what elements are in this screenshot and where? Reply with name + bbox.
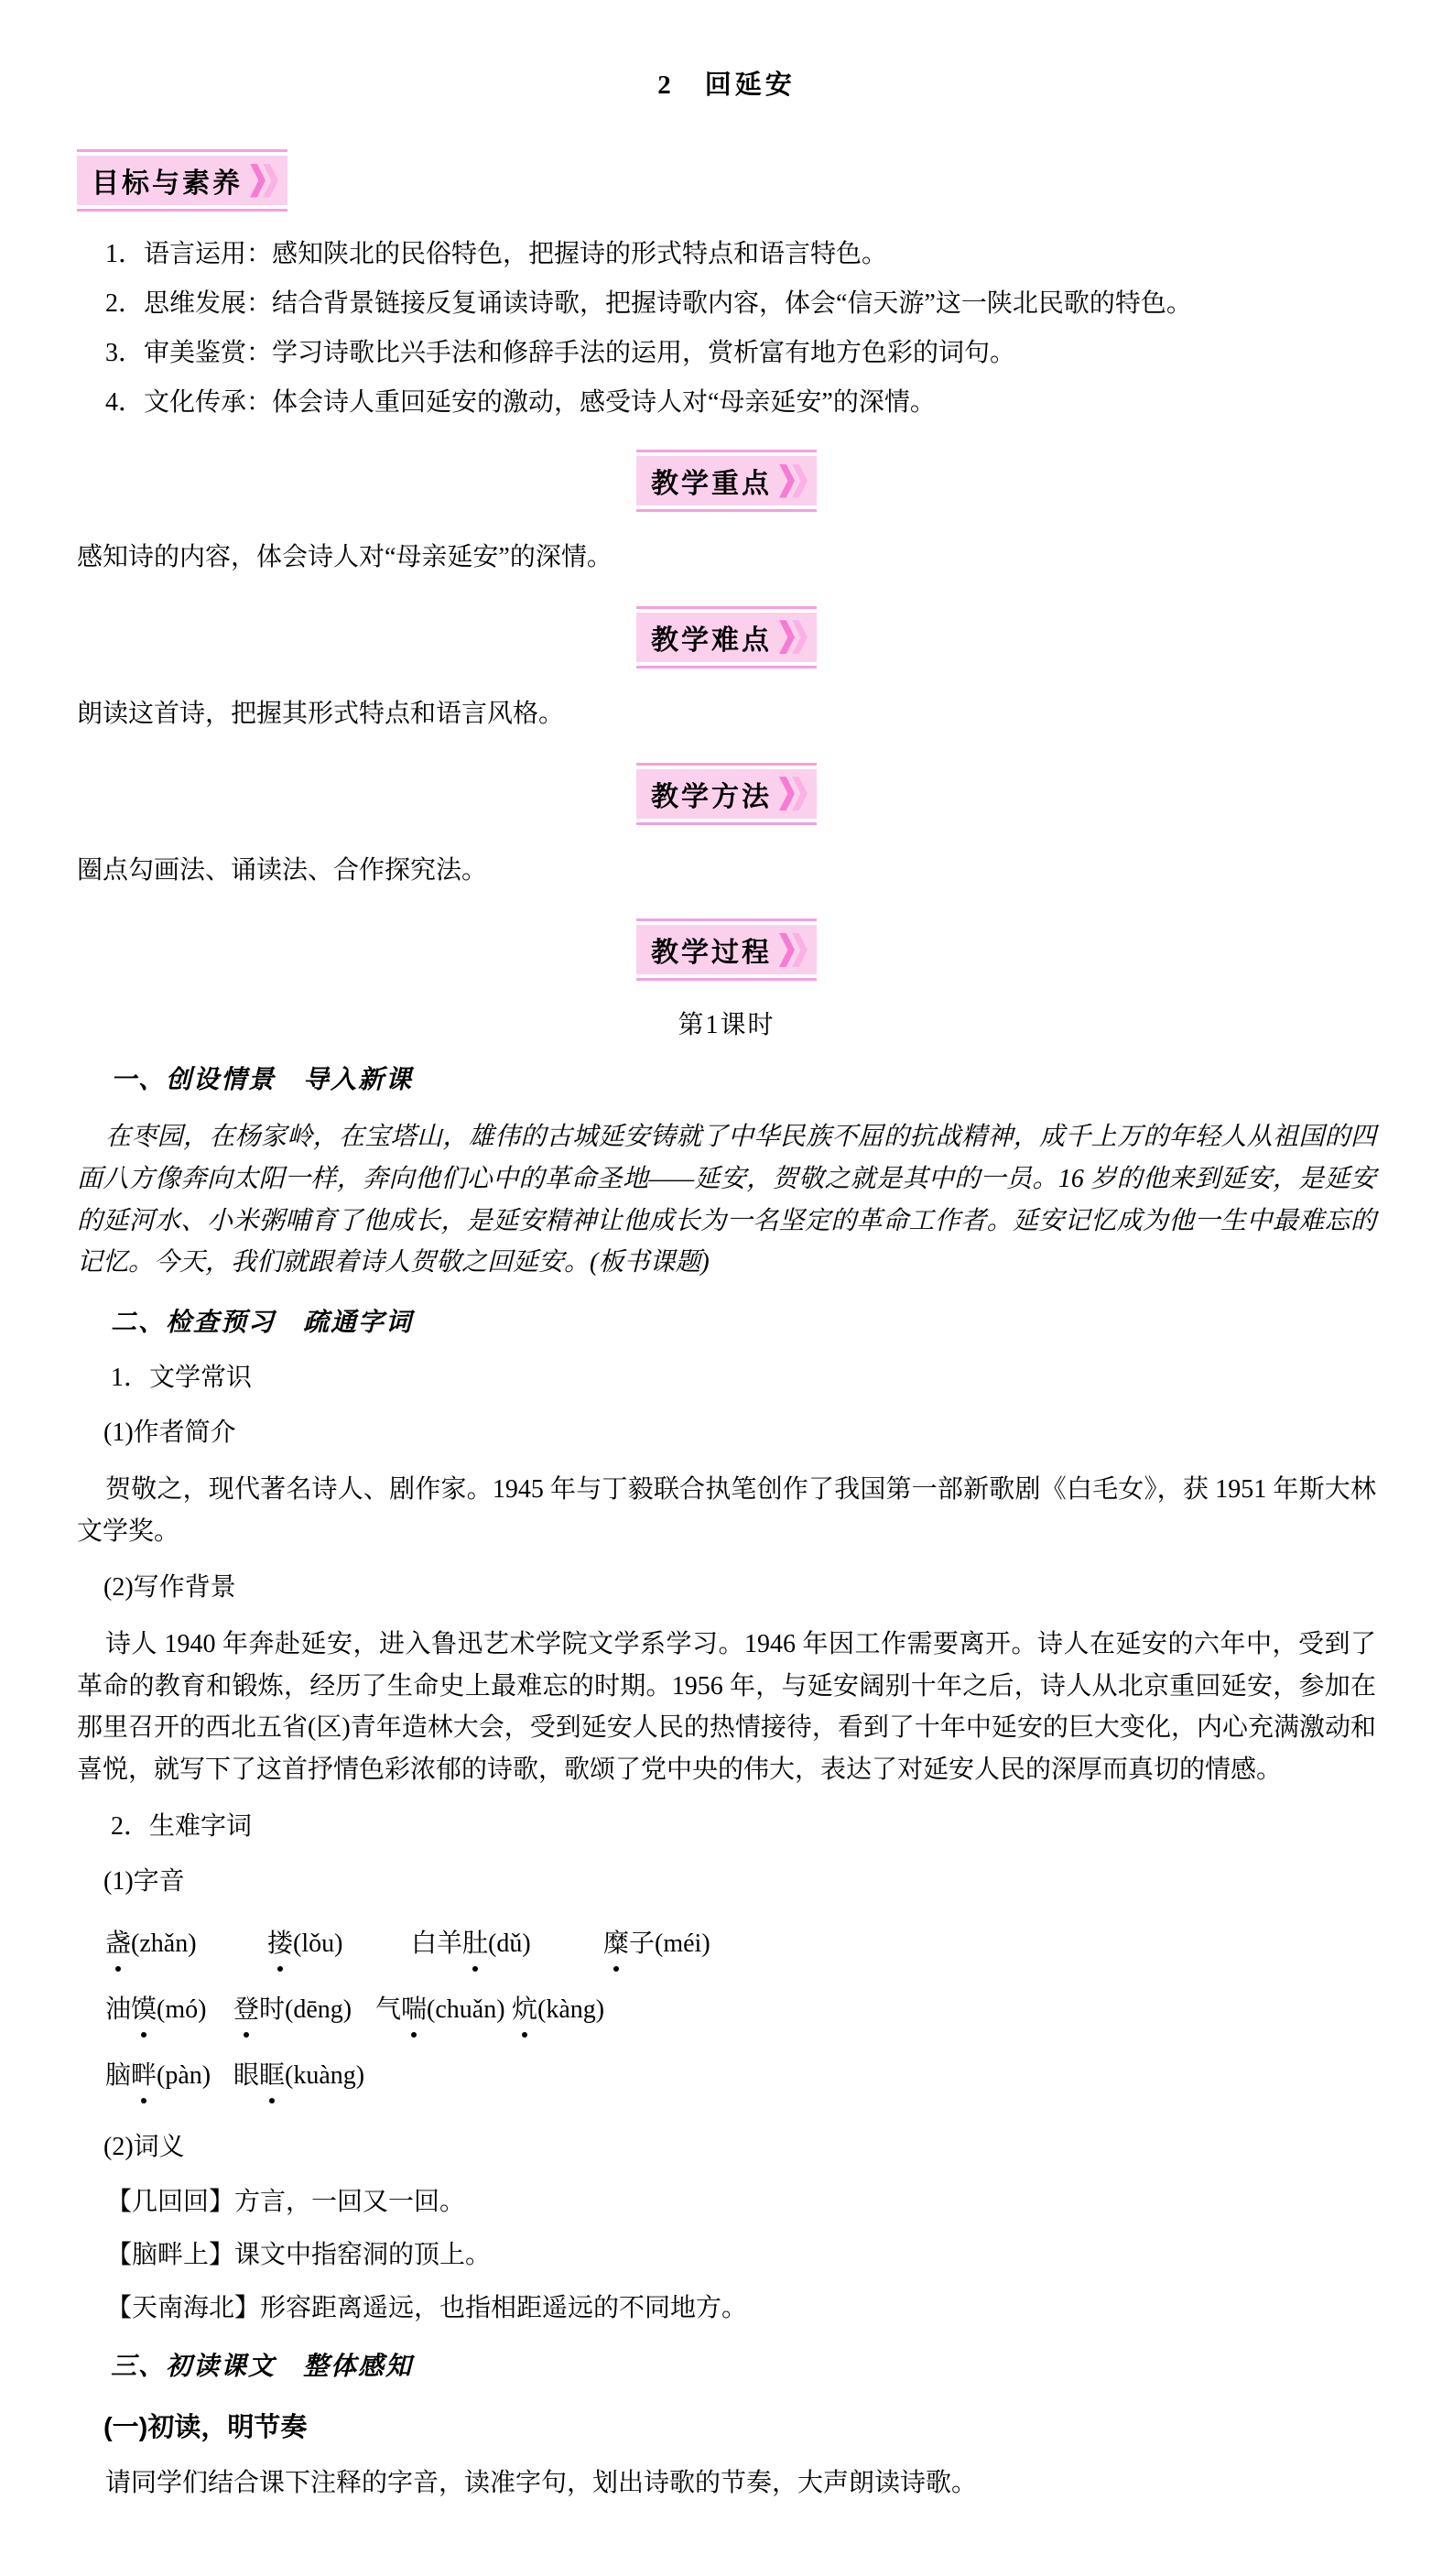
goal-list: 1．语言运用：感知陕北的民俗特色，把握诗的形式特点和语言特色。 2．思维发展：结… — [77, 235, 1376, 422]
emphasis-dot-char: 馍 — [131, 1989, 157, 2026]
difficult-words-item: 2．生难字词 — [111, 1808, 1376, 1846]
difficulty-badge: 教学难点 — [636, 606, 817, 668]
literary-knowledge-item: 1．文学常识 — [111, 1359, 1376, 1397]
emphasis-dot-char: 眶 — [259, 2055, 285, 2092]
author-intro-heading: (1)作者简介 — [103, 1414, 1376, 1452]
intro-paragraph: 在枣园，在杨家岭，在宝塔山，雄伟的古城延安铸就了中华民族不屈的抗战精神，成千上万… — [77, 1116, 1376, 1284]
phonetic-entry: 炕(kàng) — [512, 1989, 604, 2026]
section-method-badge-row: 教学方法 — [77, 763, 1376, 825]
emphasis-dot-char: 炕 — [512, 1989, 537, 2026]
difficulty-badge-bar: 教学难点 — [636, 613, 817, 662]
page-title: 2 回延安 — [77, 64, 1376, 102]
goals-badge-bar: 目标与素养 — [77, 156, 287, 205]
section-process-badge-row: 教学过程 — [77, 918, 1376, 981]
goal-item: 2．思维发展：结合背景链接反复诵读诗歌，把握诗歌内容，体会“信天游”这一陕北民歌… — [105, 285, 1376, 323]
keypoint-badge-label: 教学重点 — [651, 461, 772, 501]
phonetic-entry: 脑畔(pàn) — [105, 2055, 227, 2092]
emphasis-dot-char: 搂 — [267, 1923, 293, 1960]
method-badge-bar: 教学方法 — [636, 769, 817, 819]
chevron-right-icon — [779, 777, 795, 810]
definition-list: 【几回回】方言，一回又一回。 【脑畔上】课文中指窑洞的顶上。 【天南海北】形容距… — [77, 2183, 1376, 2328]
phonetics-row: 油馍(mó) 登时(dēng) 气喘(chuǎn) 炕(kàng) — [105, 1984, 1376, 2046]
emphasis-dot-char: 畔 — [131, 2055, 157, 2092]
method-text: 圈点勾画法、诵读法、合作探究法。 — [77, 851, 1376, 892]
chevron-right-icon — [250, 164, 266, 198]
keypoint-badge: 教学重点 — [636, 450, 817, 512]
process-badge-bar: 教学过程 — [636, 925, 817, 974]
process-badge-label: 教学过程 — [651, 929, 772, 970]
section-goals-badge-row: 目标与素养 — [77, 149, 1376, 212]
section3-heading: 三、初读课文 整体感知 — [111, 2348, 1376, 2386]
emphasis-dot-char: 肚 — [462, 1923, 488, 1960]
phonetics-row: 盏(zhǎn) 搂(lǒu) 白羊肚(dǔ) 糜子(méi) — [105, 1918, 1376, 1980]
goal-item: 4．文化传承：体会诗人重回延安的激动，感受诗人对“母亲延安”的深情。 — [105, 384, 1376, 422]
process-badge: 教学过程 — [636, 918, 817, 981]
emphasis-dot-char: 糜 — [603, 1923, 629, 1960]
phonetic-entry: 登时(dēng) — [233, 1989, 369, 2026]
author-paragraph: 贺敬之，现代著名诗人、剧作家。1945 年与丁毅联合执笔创作了我国第一部新歌剧《… — [77, 1469, 1376, 1552]
goals-badge: 目标与素养 — [77, 149, 287, 212]
phonetic-entry: 白羊肚(dǔ) — [411, 1923, 597, 1960]
phonetic-entry: 气喘(chuǎn) — [375, 1989, 505, 2026]
emphasis-dot-char: 登 — [233, 1989, 259, 2026]
goal-item: 3．审美鉴赏：学习诗歌比兴手法和修辞手法的运用，赏析富有地方色彩的词句。 — [105, 334, 1376, 373]
section1-heading: 一、创设情景 导入新课 — [111, 1061, 1376, 1100]
chevron-right-icon — [779, 464, 795, 498]
method-badge: 教学方法 — [636, 763, 817, 825]
section-keypoint-badge-row: 教学重点 — [77, 450, 1376, 512]
emphasis-dot-char: 盏 — [105, 1923, 131, 1960]
lesson-plan-page: 2 回延安 目标与素养 1．语言运用：感知陕北的民俗特色，把握诗的形式特点和语言… — [0, 0, 1453, 2576]
chevron-right-icon — [779, 933, 795, 967]
background-heading: (2)写作背景 — [103, 1569, 1376, 1607]
phonetic-entry: 糜子(méi) — [603, 1923, 710, 1960]
phonetic-entry: 眼眶(kuàng) — [233, 2055, 364, 2092]
chevron-right-icon — [779, 620, 795, 654]
pronunciation-heading: (1)字音 — [103, 1863, 1376, 1901]
goals-badge-label: 目标与素养 — [92, 160, 243, 201]
phonetics-row: 脑畔(pàn) 眼眶(kuàng) — [105, 2049, 1376, 2112]
phonetic-entry: 油馍(mó) — [105, 1989, 227, 2026]
section-difficulty-badge-row: 教学难点 — [77, 606, 1376, 668]
difficulty-text: 朗读这首诗，把握其形式特点和语言风格。 — [77, 694, 1376, 735]
goal-item: 1．语言运用：感知陕北的民俗特色，把握诗的形式特点和语言特色。 — [105, 235, 1376, 274]
first-read-heading: (一)初读，明节奏 — [103, 2407, 1376, 2444]
difficulty-badge-label: 教学难点 — [651, 617, 772, 658]
definition-item: 【几回回】方言，一回又一回。 — [106, 2183, 1376, 2222]
session-heading: 第1课时 — [77, 1005, 1376, 1041]
method-badge-label: 教学方法 — [651, 774, 772, 814]
definition-item: 【天南海北】形容距离遥远，也指相距遥远的不同地方。 — [106, 2289, 1376, 2328]
emphasis-dot-char: 喘 — [401, 1989, 427, 2026]
definition-item: 【脑畔上】课文中指窑洞的顶上。 — [106, 2236, 1376, 2275]
section2-heading: 二、检查预习 疏通字词 — [111, 1304, 1376, 1342]
background-paragraph: 诗人 1940 年奔赴延安，进入鲁迅艺术学院文学系学习。1946 年因工作需要离… — [77, 1624, 1376, 1791]
meaning-heading: (2)词义 — [103, 2128, 1376, 2167]
read-instruction-paragraph: 请同学们结合课下注释的字音，读准字句，划出诗歌的节奏，大声朗读诗歌。 — [105, 2464, 1376, 2503]
phonetic-entry: 搂(lǒu) — [267, 1923, 405, 1960]
keypoint-text: 感知诗的内容，体会诗人对“母亲延安”的深情。 — [77, 538, 1376, 579]
keypoint-badge-bar: 教学重点 — [636, 456, 817, 505]
phonetic-entry: 盏(zhǎn) — [105, 1923, 261, 1960]
